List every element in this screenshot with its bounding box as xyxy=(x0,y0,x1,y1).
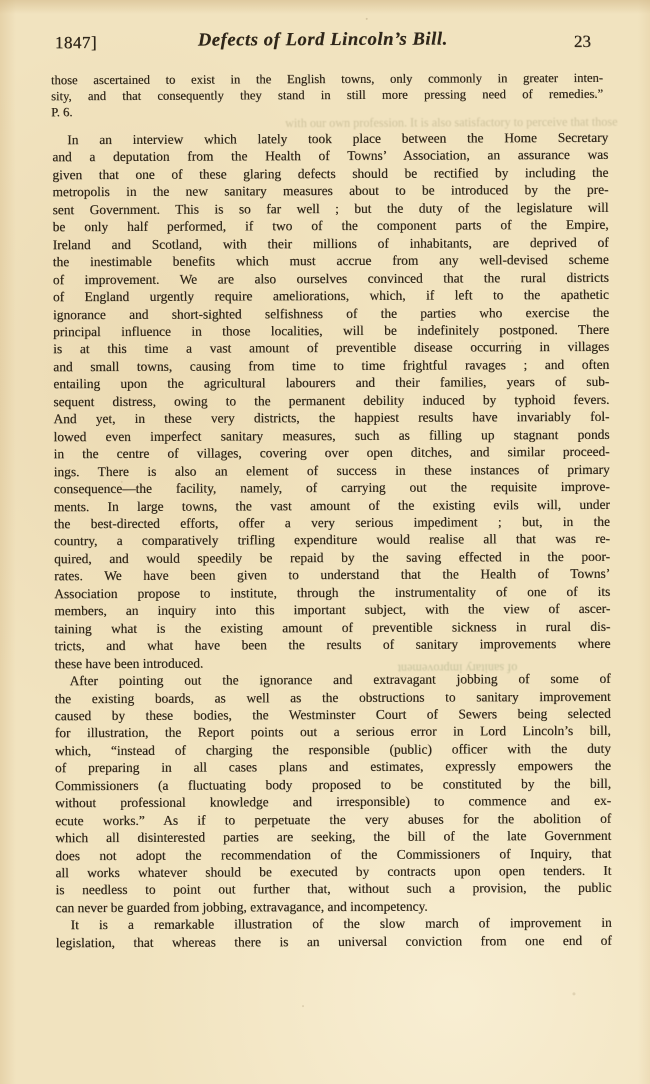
page-title: Defects of Lord Lincoln’s Bill. xyxy=(198,29,448,51)
page-number: 23 xyxy=(574,32,591,52)
page-header: 1847] Defects of Lord Lincoln’s Bill. 23 xyxy=(55,29,591,57)
body-text: In an interview which lately took place … xyxy=(52,129,612,952)
page-content: 1847] Defects of Lord Lincoln’s Bill. 23… xyxy=(0,0,650,1084)
text-line: of preparing in all cases plans and esti… xyxy=(55,757,611,777)
text-line: is needless to point out further that, w… xyxy=(55,879,611,899)
text-line: entailing upon the agricultural labourer… xyxy=(53,373,609,393)
scanned-book-page: 1847] Defects of Lord Lincoln’s Bill. 23… xyxy=(0,0,650,1084)
text-line: P. 6. xyxy=(51,102,603,120)
text-line: And yet, in these very districts, the ha… xyxy=(53,408,609,428)
text-line: which all disinterested parties are seek… xyxy=(55,827,611,847)
header-year: 1847] xyxy=(55,33,97,53)
quoted-excerpt: those ascertained to exist in the Englis… xyxy=(51,70,603,120)
text-line: After pointing out the ignorance and ext… xyxy=(55,670,611,690)
text-line: of England urgently require amelioration… xyxy=(53,286,609,306)
text-line: metropolis in the new sanitary measures … xyxy=(52,181,608,201)
text-line: country, a comparatively trifling expend… xyxy=(54,530,610,550)
text-line: rates. We have been given to understand … xyxy=(54,565,610,585)
text-line: for illustration, the Report points out … xyxy=(55,722,611,742)
paragraph-1: In an interview which lately took place … xyxy=(52,129,610,672)
text-line: is at this time a vast amount of prevent… xyxy=(53,338,609,358)
text-line: in the centre of villages, covering over… xyxy=(54,443,610,463)
text-line: legislation, that whereas there is an un… xyxy=(56,932,612,952)
paragraph-3: It is a remarkable illustration of the s… xyxy=(56,914,612,951)
text-line: It is a remarkable illustration of the s… xyxy=(56,914,612,934)
text-line: members, an inquiry into this important … xyxy=(54,600,610,620)
text-line: the inestimable benefits which must accr… xyxy=(53,251,609,271)
text-line: consequence—the facility, namely, of car… xyxy=(54,478,610,498)
text-line: without professional knowledge and irres… xyxy=(55,792,611,812)
text-line: sity, and that consequently they stand i… xyxy=(51,86,603,104)
text-line: tricts, and what have been the results o… xyxy=(54,635,610,655)
text-line: be only half performed, if two of the co… xyxy=(53,216,609,236)
paragraph-2: After pointing out the ignorance and ext… xyxy=(55,670,612,917)
